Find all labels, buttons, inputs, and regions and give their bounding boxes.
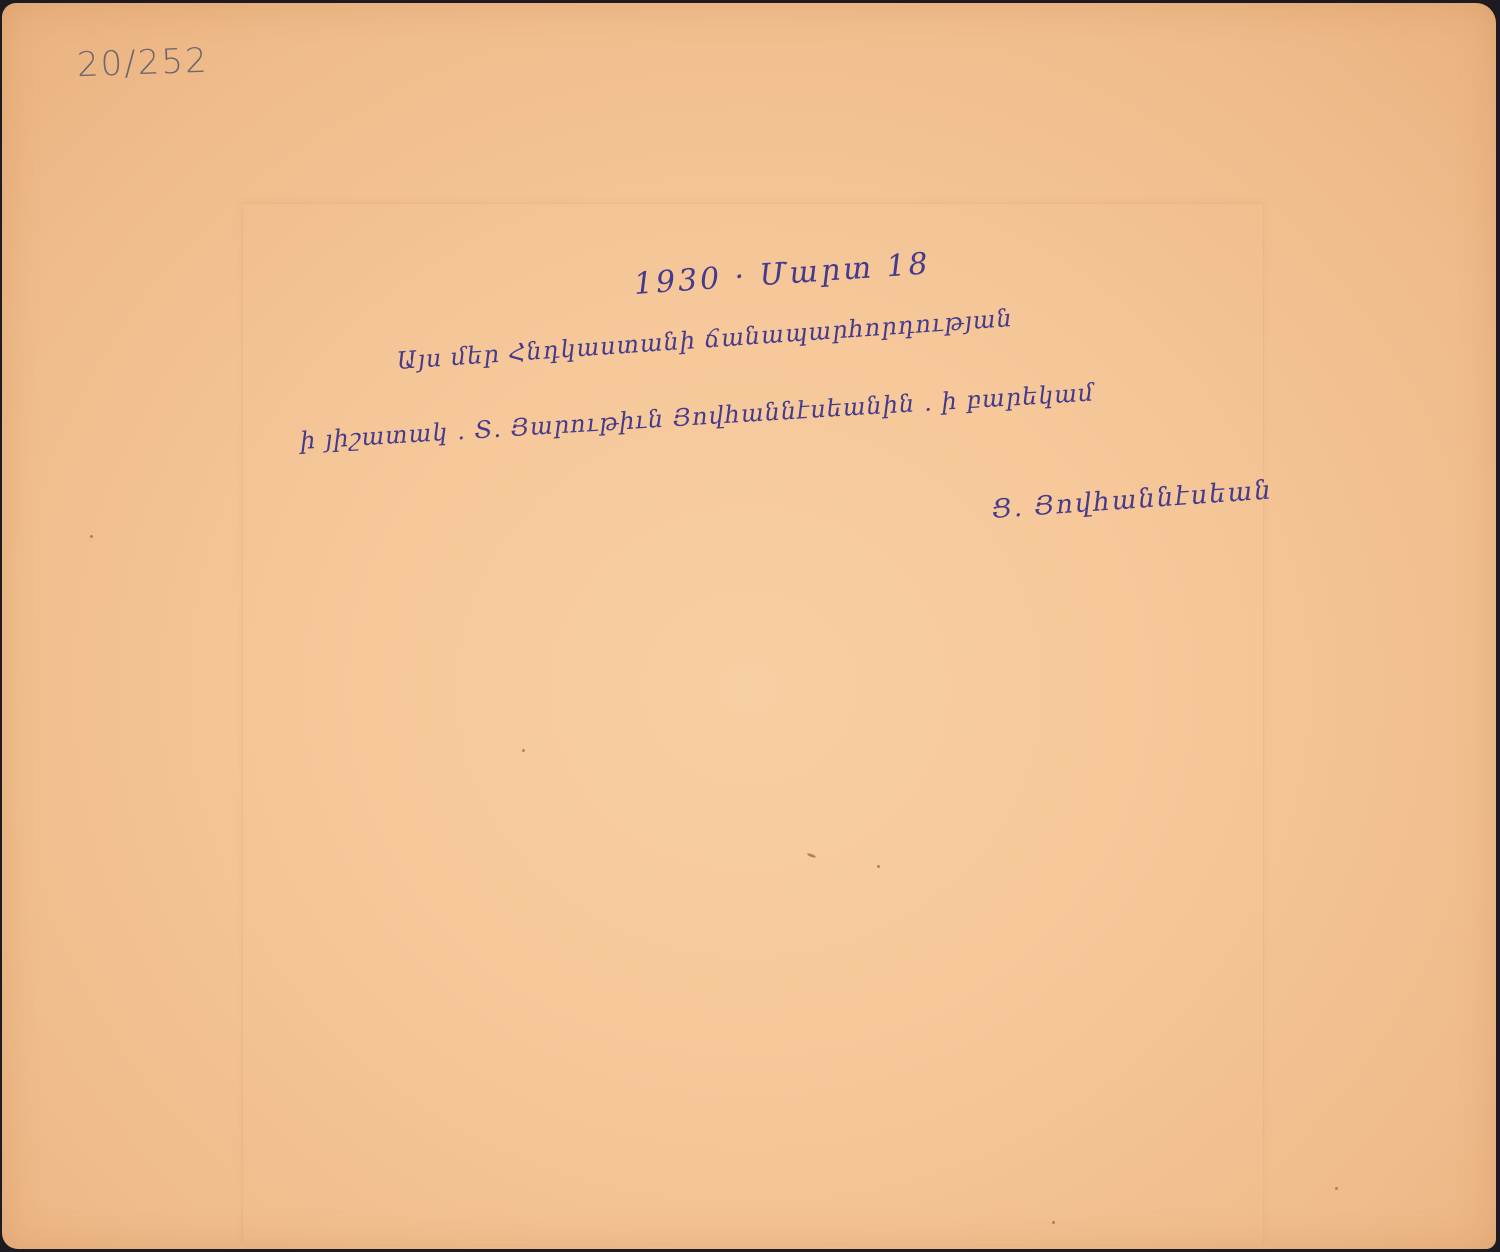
paper-speck <box>522 749 525 752</box>
document-scan: 20/252 1930 · Մարտ 18 Այս մեր Հնդկաստանի… <box>0 0 1500 1252</box>
catalog-number: 20/252 <box>76 41 209 86</box>
paper-speck <box>1335 1187 1338 1190</box>
paper-speck <box>877 865 880 868</box>
faint-plate-mark <box>242 203 1264 1244</box>
paper-speck <box>1052 1221 1055 1224</box>
aged-paper-card: 20/252 1930 · Մարտ 18 Այս մեր Հնդկաստանի… <box>2 3 1496 1249</box>
paper-speck <box>90 535 93 538</box>
